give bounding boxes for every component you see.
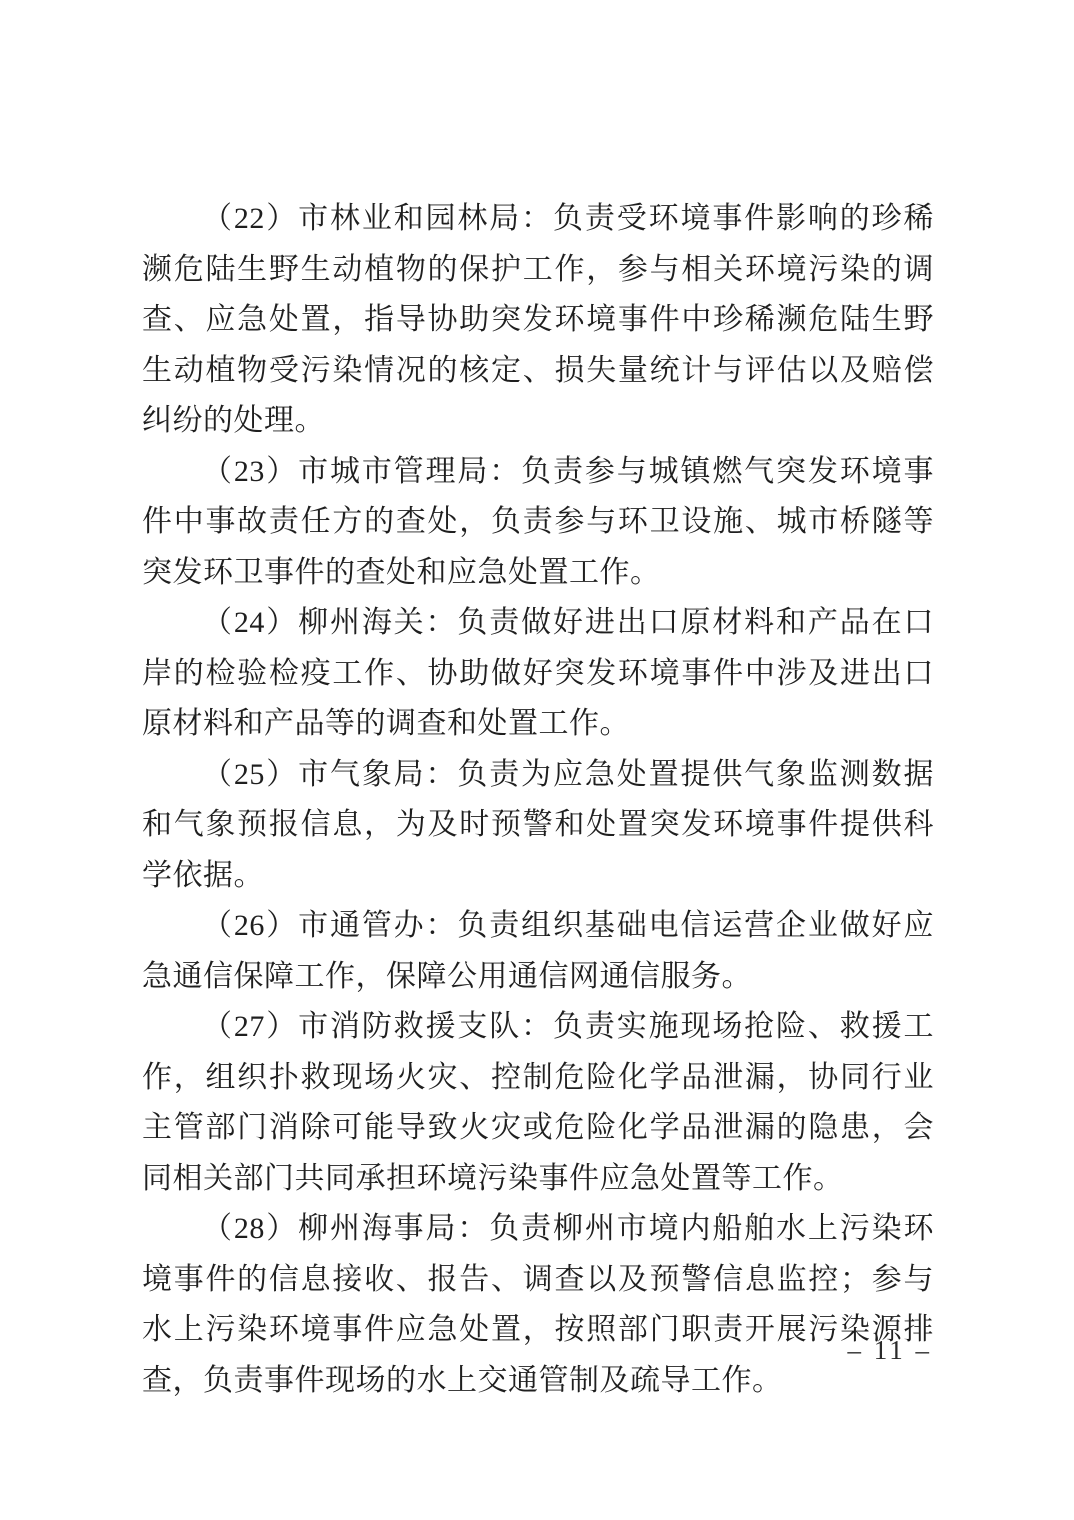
page-number: – 11 – (848, 1334, 933, 1366)
document-body: （22）市林业和园林局：负责受环境事件影响的珍稀濒危陆生野生动植物的保护工作，参… (142, 194, 934, 1406)
paragraph-item-26: （26）市通管办：负责组织基础电信运营企业做好应急通信保障工作，保障公用通信网通… (142, 901, 934, 1002)
paragraph-item-22: （22）市林业和园林局：负责受环境事件影响的珍稀濒危陆生野生动植物的保护工作，参… (142, 194, 934, 447)
paragraph-item-25: （25）市气象局：负责为应急处置提供气象监测数据和气象预报信息，为及时预警和处置… (142, 750, 934, 902)
paragraph-item-23: （23）市城市管理局：负责参与城镇燃气突发环境事件中事故责任方的查处，负责参与环… (142, 447, 934, 599)
paragraph-item-28: （28）柳州海事局：负责柳州市境内船舶水上污染环境事件的信息接收、报告、调查以及… (142, 1204, 934, 1406)
paragraph-item-27: （27）市消防救援支队：负责实施现场抢险、救援工作，组织扑救现场火灾、控制危险化… (142, 1002, 934, 1204)
document-page: （22）市林业和园林局：负责受环境事件影响的珍稀濒危陆生野生动植物的保护工作，参… (0, 0, 1074, 1520)
paragraph-item-24: （24）柳州海关：负责做好进出口原材料和产品在口岸的检验检疫工作、协助做好突发环… (142, 598, 934, 750)
